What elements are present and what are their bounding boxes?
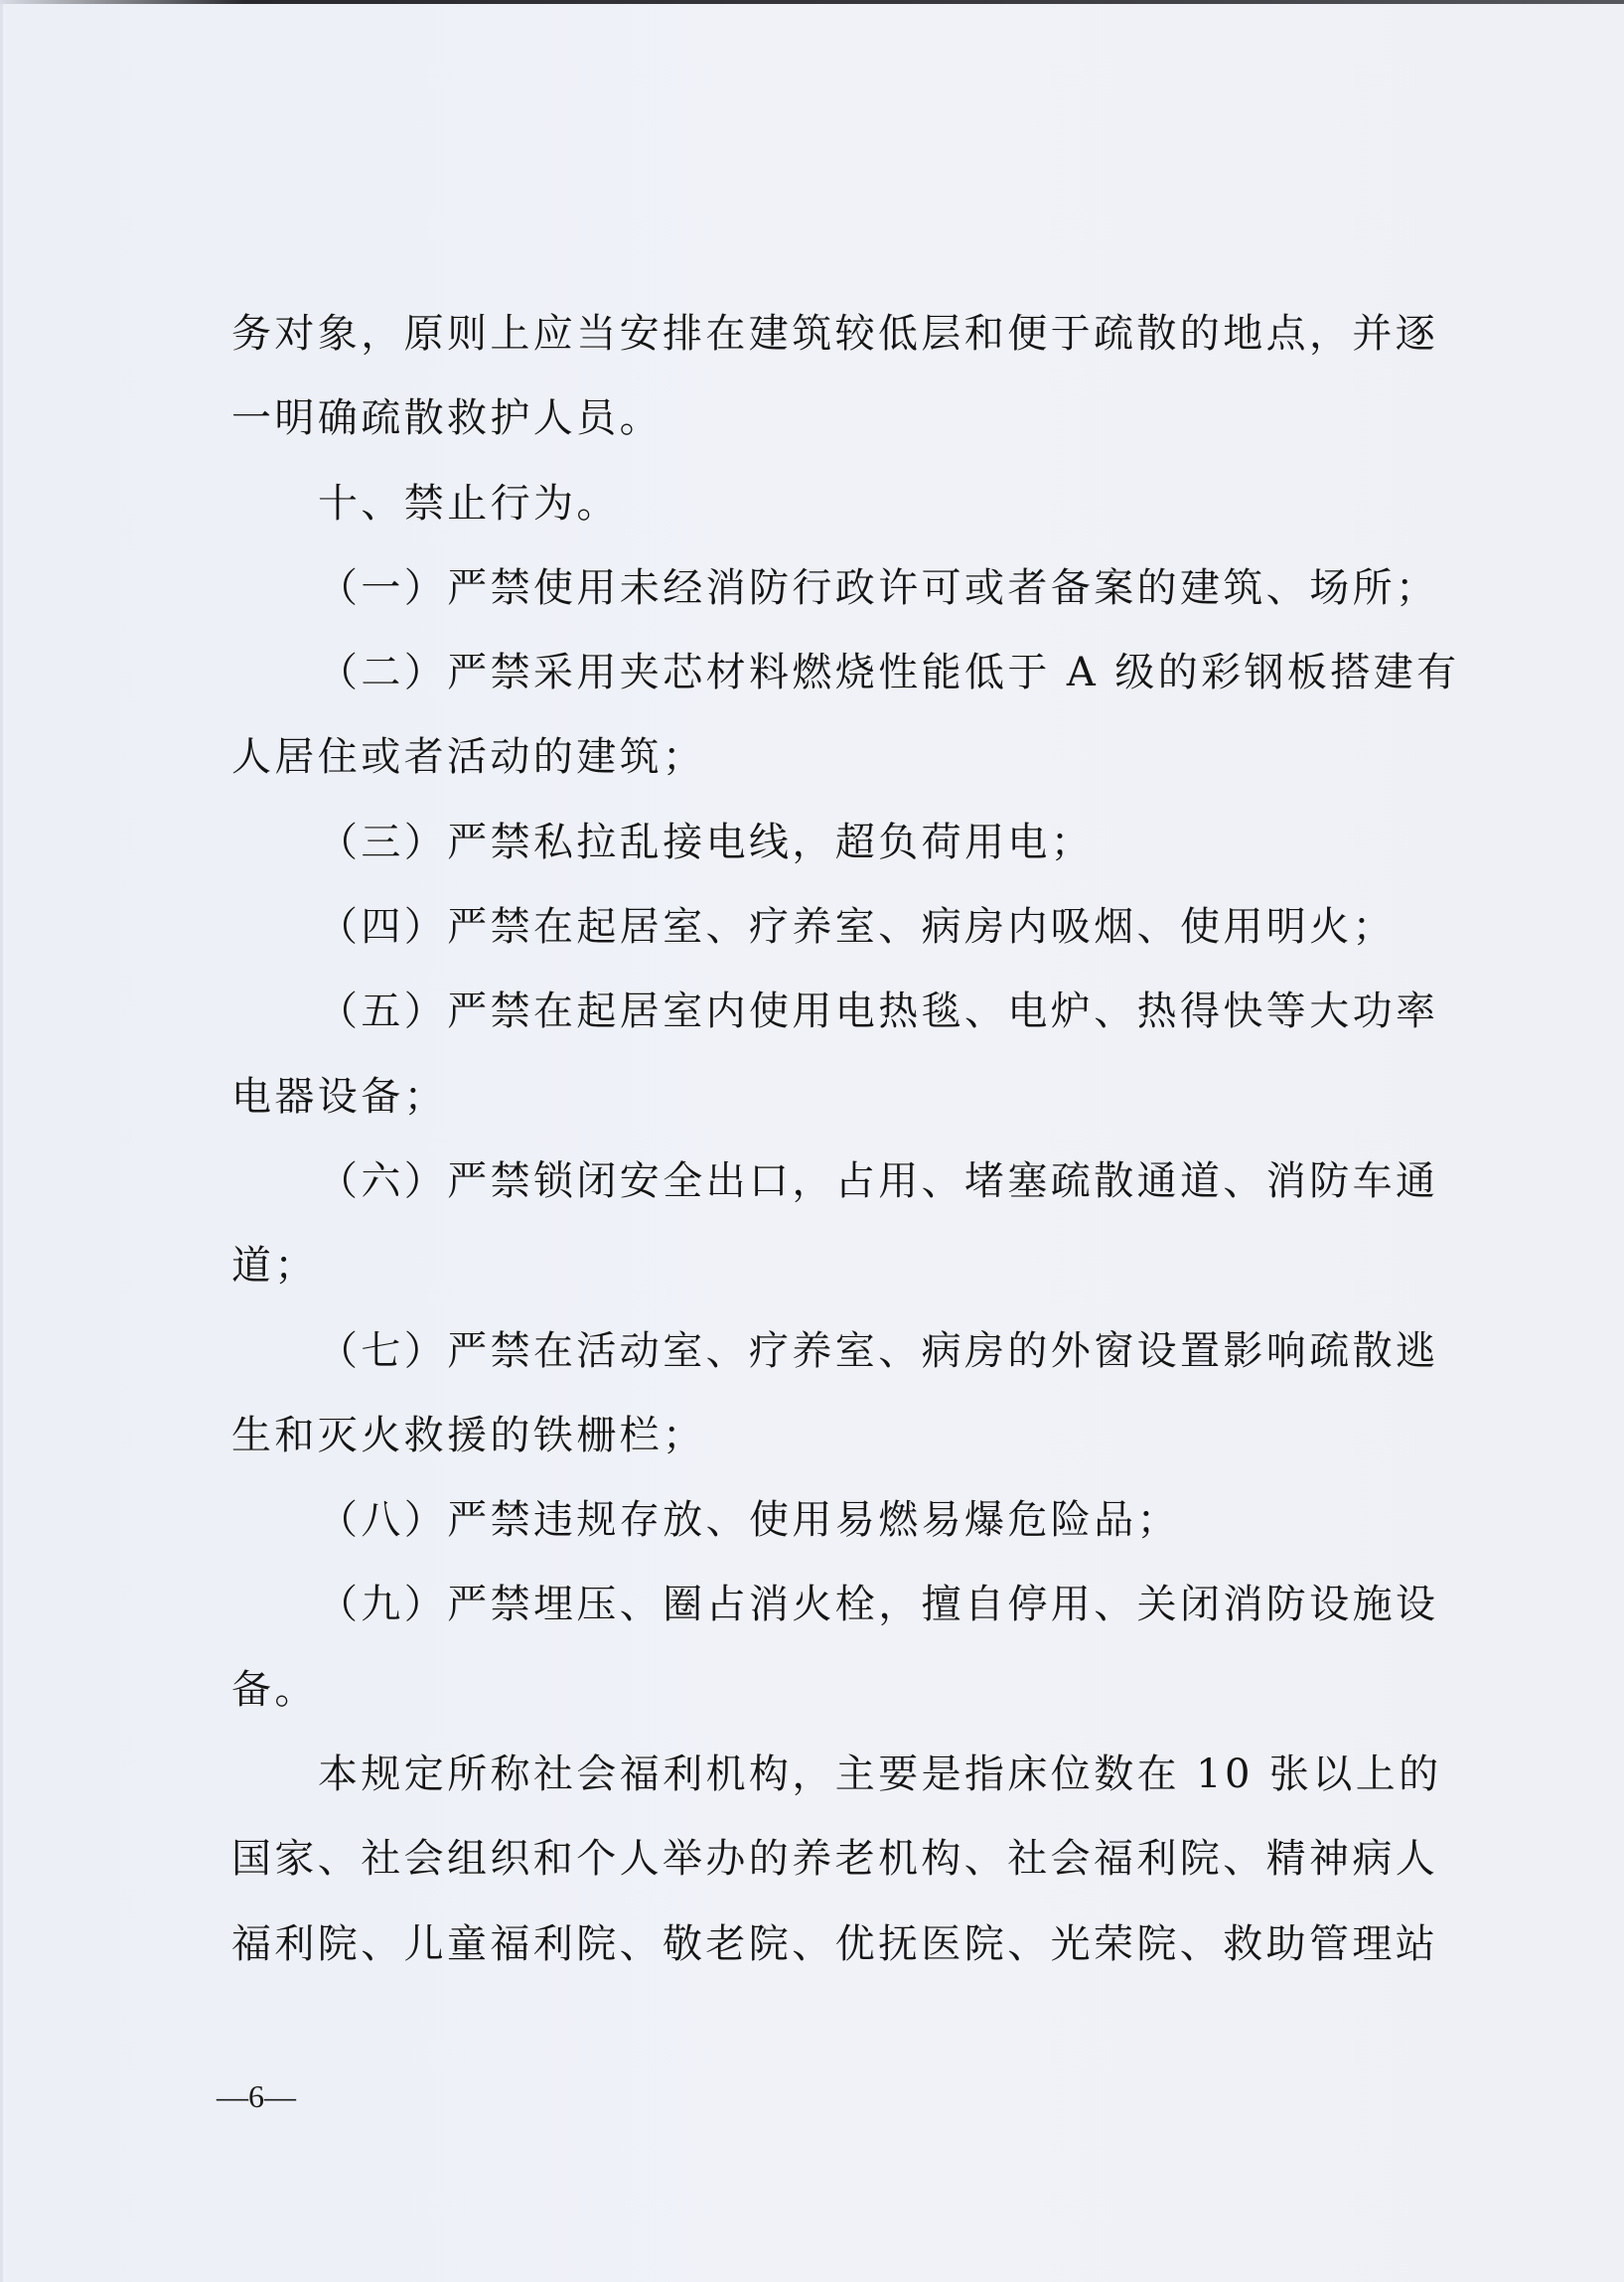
- list-item: （六）严禁锁闭安全出口，占用、堵塞疏散通道、消防车通: [231, 1151, 1439, 1236]
- list-item-continuation: 备。: [231, 1660, 1439, 1745]
- list-item: （一）严禁使用未经消防行政许可或者备案的建筑、场所；: [231, 558, 1439, 643]
- definition-paragraph-line: 福利院、儿童福利院、敬老院、优抚医院、光荣院、救助管理站: [231, 1914, 1439, 1999]
- list-item: （四）严禁在起居室、疗养室、病房内吸烟、使用明火；: [231, 897, 1439, 982]
- section-heading: 十、禁止行为。: [231, 474, 1439, 558]
- list-item: （二）严禁采用夹芯材料燃烧性能低于 A 级的彩钢板搭建有: [231, 643, 1439, 727]
- list-item: （九）严禁埋压、圈占消火栓，擅自停用、关闭消防设施设: [231, 1575, 1439, 1659]
- document-page: 务对象，原则上应当安排在建筑较低层和便于疏散的地点，并逐 一明确疏散救护人员。 …: [0, 0, 1624, 2282]
- list-item: （七）严禁在活动室、疗养室、病房的外窗设置影响疏散逃: [231, 1321, 1439, 1406]
- scan-left-edge: [0, 4, 3, 2282]
- definition-paragraph: 本规定所称社会福利机构，主要是指床位数在 10 张以上的: [231, 1745, 1439, 1829]
- paragraph-line: 一明确疏散救护人员。: [231, 388, 1439, 473]
- list-item: （三）严禁私拉乱接电线，超负荷用电；: [231, 813, 1439, 897]
- list-item: （五）严禁在起居室内使用电热毯、电炉、热得快等大功率: [231, 982, 1439, 1066]
- list-item-continuation: 电器设备；: [231, 1067, 1439, 1151]
- list-item-continuation: 道；: [231, 1236, 1439, 1320]
- list-item: （八）严禁违规存放、使用易燃易爆危险品；: [231, 1490, 1439, 1575]
- list-item-continuation: 人居住或者活动的建筑；: [231, 727, 1439, 812]
- document-body: 务对象，原则上应当安排在建筑较低层和便于疏散的地点，并逐 一明确疏散救护人员。 …: [231, 304, 1439, 1999]
- page-number: —6—: [217, 2076, 296, 2116]
- scan-top-edge: [0, 0, 1624, 4]
- list-item-continuation: 生和灭火救援的铁栅栏；: [231, 1406, 1439, 1490]
- definition-paragraph-line: 国家、社会组织和个人举办的养老机构、社会福利院、精神病人: [231, 1829, 1439, 1913]
- paragraph-line: 务对象，原则上应当安排在建筑较低层和便于疏散的地点，并逐: [231, 304, 1439, 388]
